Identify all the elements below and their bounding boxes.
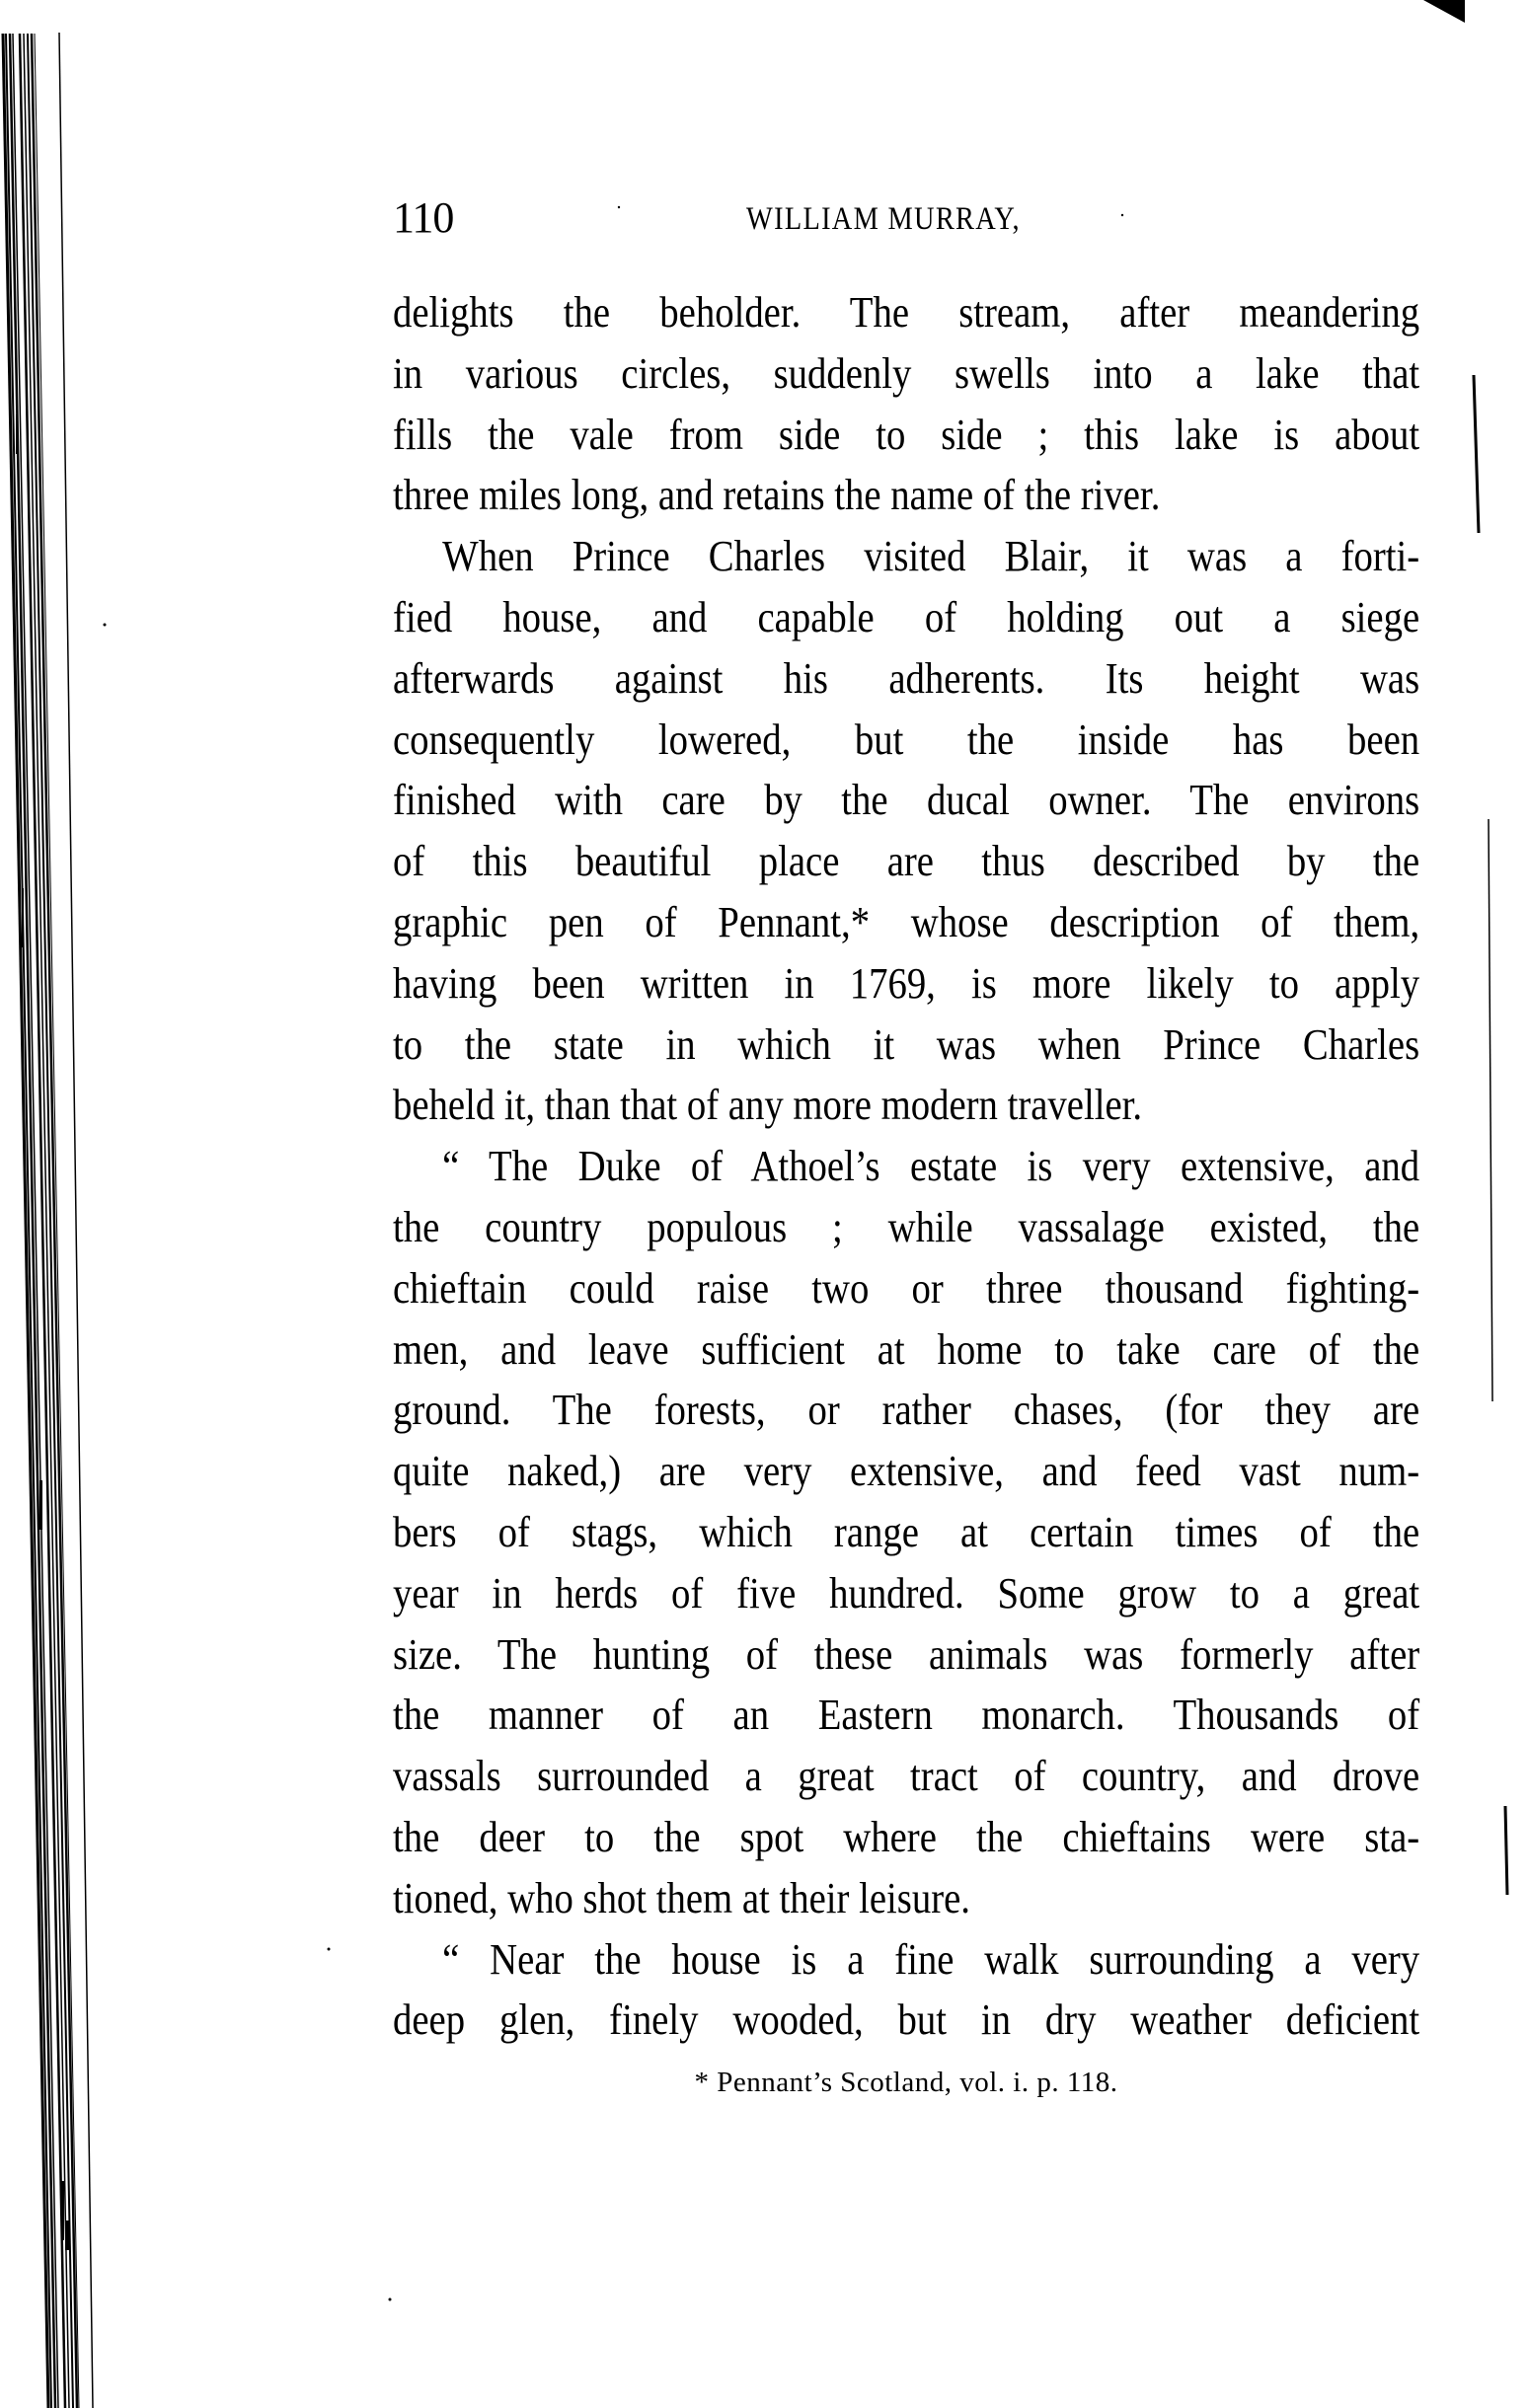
text-line: chieftain could raise two or three thous… [393,1258,1419,1319]
text-line: finished with care by the ducal owner. T… [393,770,1419,831]
paragraph-start-line: When Prince Charles visited Blair, it wa… [393,526,1419,587]
text-line: beheld it, than that of any more modern … [393,1075,1419,1136]
text-line: fied house, and capable of holding out a… [393,587,1419,648]
text-line: graphic pen of Pennant,* whose descripti… [393,892,1419,953]
paragraph-start-line: “ The Duke of Athoel’s estate is very ex… [393,1136,1419,1197]
text-line: the deer to the spot where the chieftain… [393,1807,1419,1868]
running-title: WILLIAM MURRAY, [746,199,1021,239]
text-line: vassals surrounded a great tract of coun… [393,1746,1419,1807]
text-line: having been written in 1769, is more lik… [393,953,1419,1015]
text-line: quite naked,) are very extensive, and fe… [393,1441,1419,1502]
page-number: 110 [393,193,453,243]
text-line: in various circles, suddenly swells into… [393,343,1419,405]
text-line: size. The hunting of these animals was f… [393,1624,1419,1686]
text-line: the country populous ; while vassalage e… [393,1197,1419,1258]
text-line: year in herds of five hundred. Some grow… [393,1563,1419,1624]
text-line: bers of stags, which range at certain ti… [393,1502,1419,1563]
footnote: * Pennant’s Scotland, vol. i. p. 118. [393,2063,1419,2102]
text-line: three miles long, and retains the name o… [393,465,1419,526]
text-line: consequently lowered, but the inside has… [393,710,1419,771]
text-line: men, and leave sufficient at home to tak… [393,1319,1419,1381]
text-line: the manner of an Eastern monarch. Thousa… [393,1685,1419,1746]
text-line: tioned, who shot them at their leisure. [393,1868,1419,1929]
text-line: afterwards against his adherents. Its he… [393,648,1419,710]
body-text: delights the beholder. The stream, after… [393,282,1419,2051]
text-line: ground. The forests, or rather chases, (… [393,1380,1419,1441]
book-binding-edge [0,0,118,2408]
running-head: 110 WILLIAM MURRAY, [393,193,1419,243]
text-line: deep glen, finely wooded, but in dry wea… [393,1990,1419,2051]
scan-corner-mark [0,0,1528,39]
text-line: delights the beholder. The stream, after… [393,282,1419,343]
text-line: of this beautiful place are thus describ… [393,831,1419,892]
text-line: to the state in which it was when Prince… [393,1015,1419,1076]
paragraph-start-line: “ Near the house is a fine walk surround… [393,1929,1419,1991]
text-line: fills the vale from side to side ; this … [393,405,1419,466]
